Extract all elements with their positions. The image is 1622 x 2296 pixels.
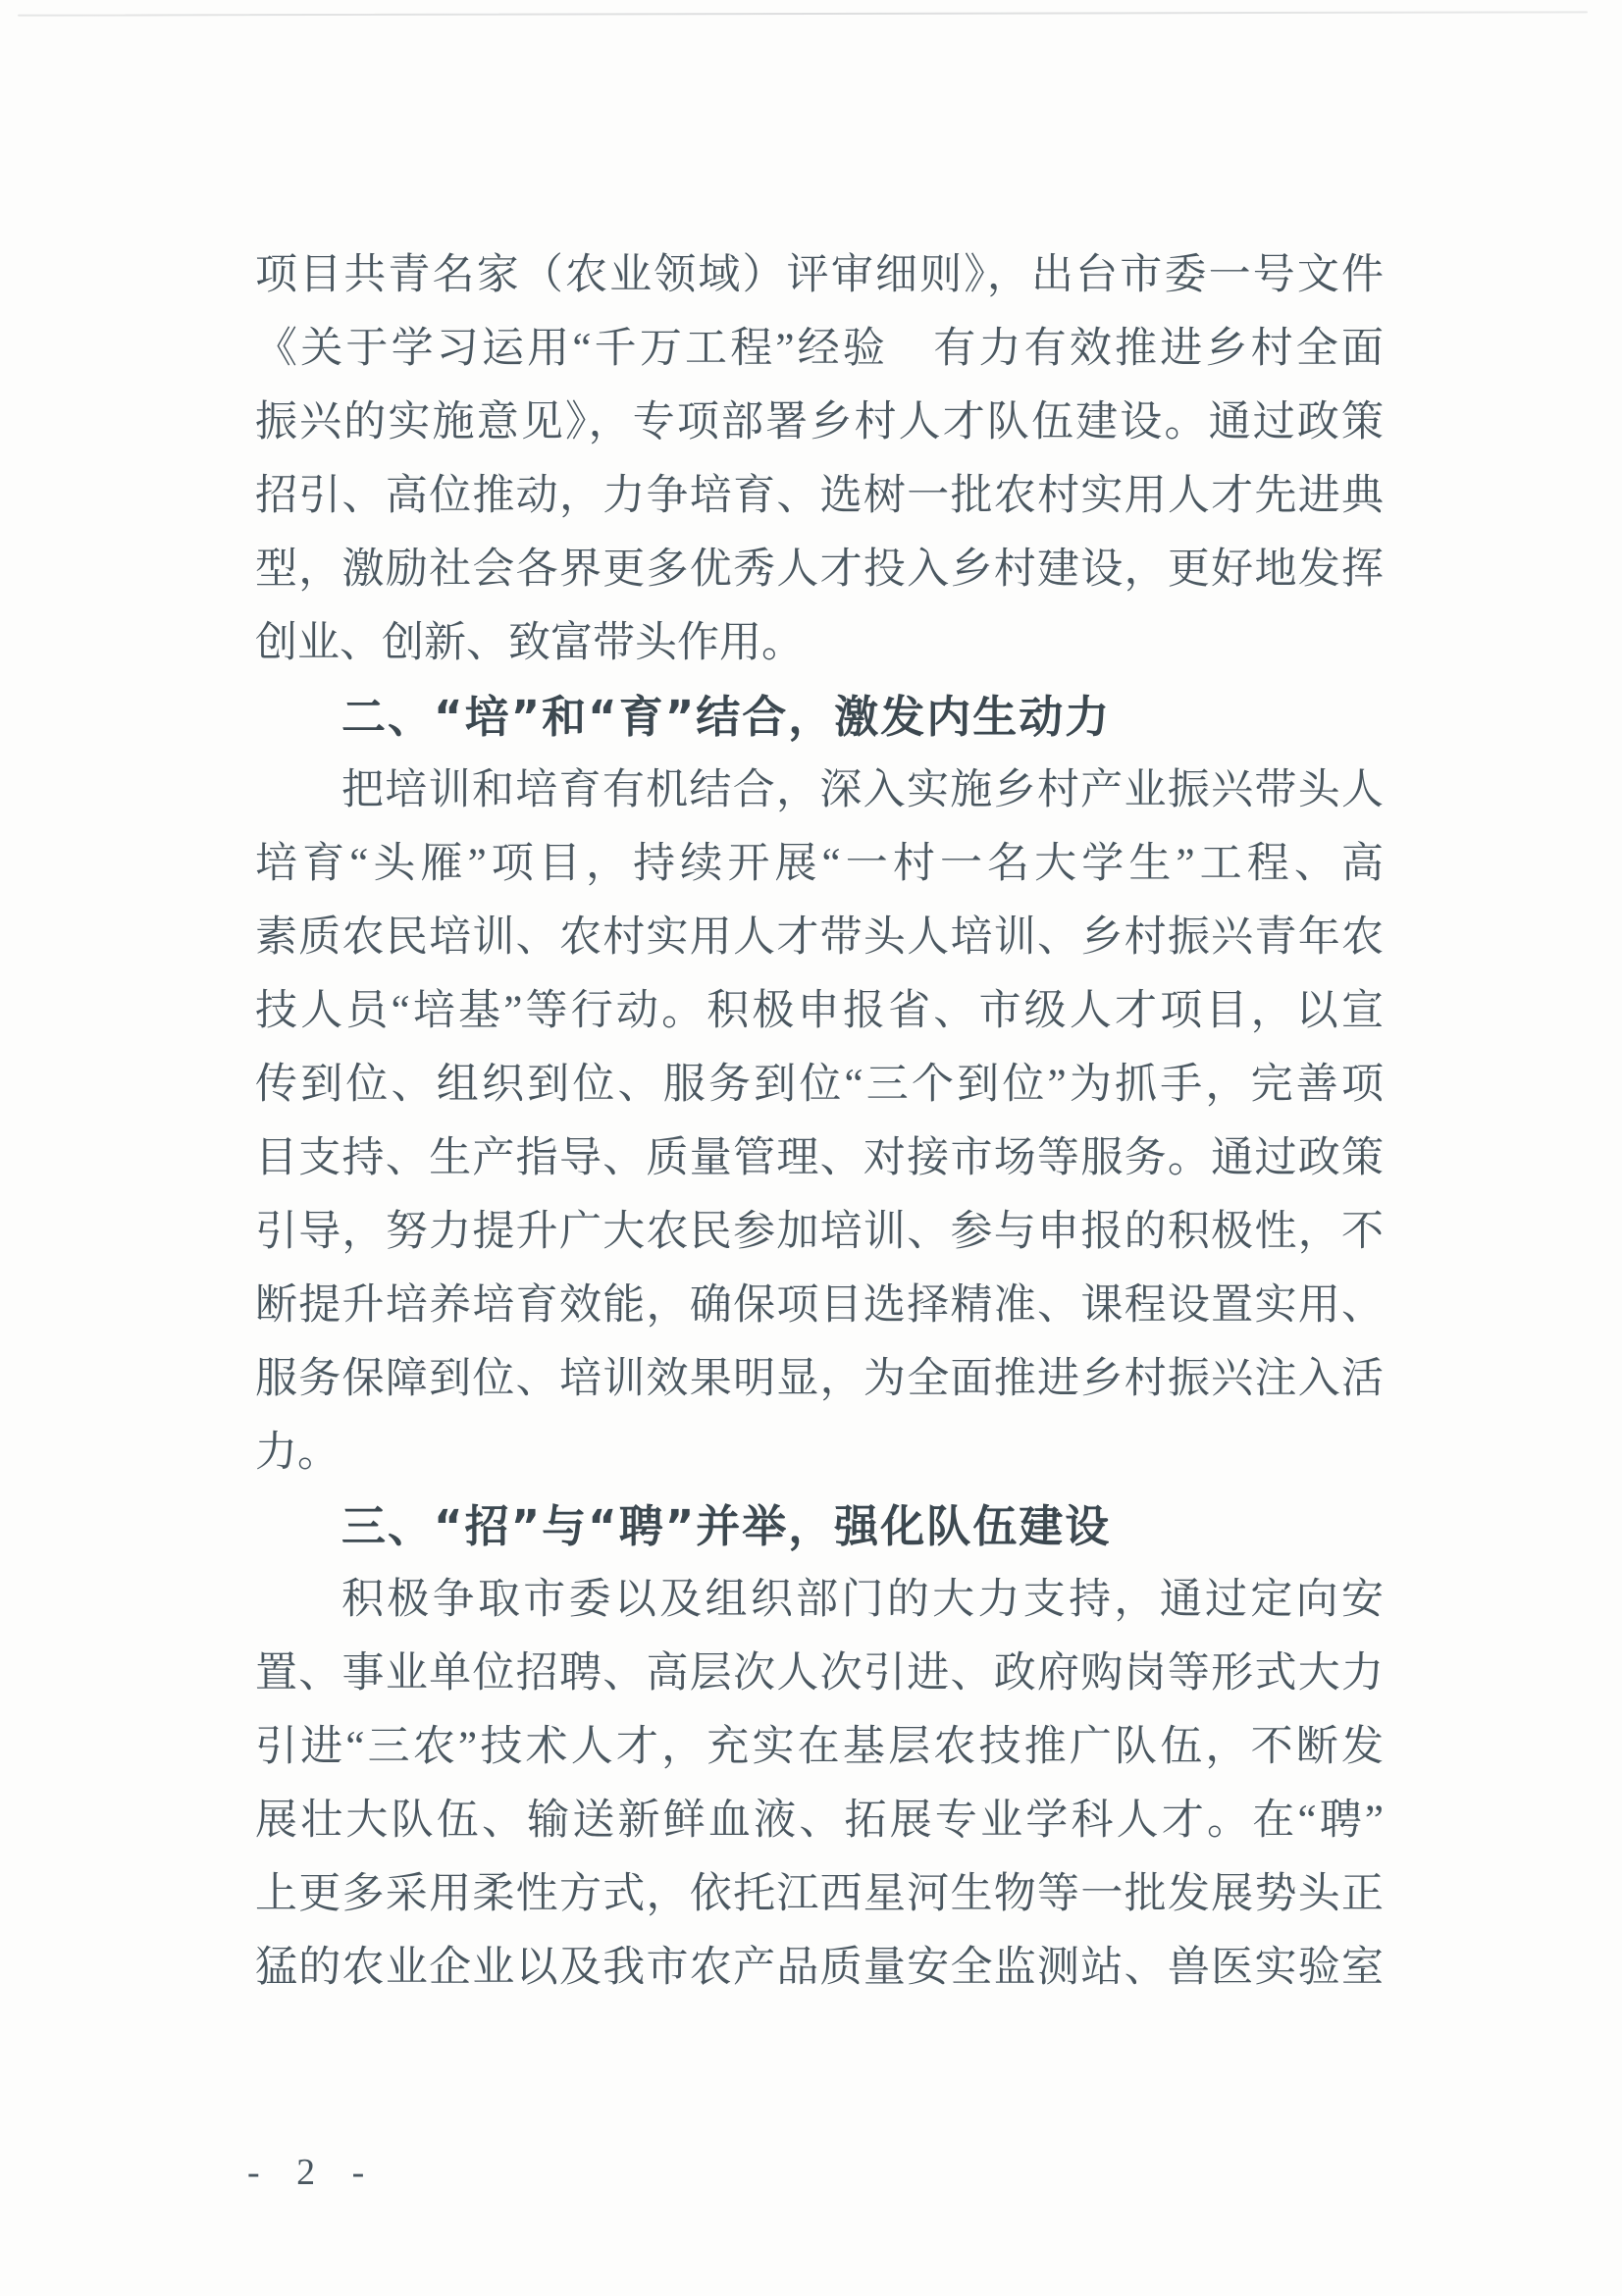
document-body: 项目共青名家（农业领域）评审细则》，出台市委一号文件《关于学习运用“千万工程”经… — [255, 238, 1384, 2005]
text-line: 服务保障到位、培训效果明显，为全面推进乡村振兴注入活 — [255, 1342, 1384, 1416]
text-line: 引导，努力提升广大农民参加培训、参与申报的积极性，不 — [255, 1195, 1384, 1269]
text-line: 《关于学习运用“千万工程”经验 有力有效推进乡村全面 — [255, 312, 1384, 386]
text-line: 振兴的实施意见》，专项部署乡村人才队伍建设。通过政策 — [255, 386, 1384, 459]
text-line: 把培训和培育有机结合，深入实施乡村产业振兴带头人 — [255, 754, 1384, 827]
text-line: 积极争取市委以及组织部门的大力支持，通过定向安 — [255, 1563, 1384, 1637]
text-line: 技人员“培基”等行动。积极申报省、市级人才项目，以宣 — [255, 974, 1384, 1048]
text-line: 上更多采用柔性方式，依托江西星河生物等一批发展势头正 — [255, 1857, 1384, 1931]
section-heading: 三、“招”与“聘”并举，强化队伍建设 — [255, 1489, 1384, 1563]
text-line: 型，激励社会各界更多优秀人才投入乡村建设，更好地发挥 — [255, 533, 1384, 606]
text-line: 引进“三农”技术人才，充实在基层农技推广队伍，不断发 — [255, 1710, 1384, 1784]
text-line: 项目共青名家（农业领域）评审细则》，出台市委一号文件 — [255, 238, 1384, 312]
text-line: 培育“头雁”项目，持续开展“一村一名大学生”工程、高 — [255, 827, 1384, 901]
scan-edge-artifact — [18, 11, 1588, 16]
text-line: 猛的农业企业以及我市农产品质量安全监测站、兽医实验室 — [255, 1931, 1384, 2005]
page-number: - 2 - — [247, 2151, 378, 2194]
text-line: 传到位、组织到位、服务到位“三个到位”为抓手，完善项 — [255, 1048, 1384, 1122]
text-line: 目支持、生产指导、质量管理、对接市场等服务。通过政策 — [255, 1122, 1384, 1195]
text-line: 展壮大队伍、输送新鲜血液、拓展专业学科人才。在“聘” — [255, 1784, 1384, 1857]
section-heading: 二、“培”和“育”结合，激发内生动力 — [255, 680, 1384, 754]
text-line: 断提升培养培育效能，确保项目选择精准、课程设置实用、 — [255, 1269, 1384, 1342]
text-line: 置、事业单位招聘、高层次人次引进、政府购岗等形式大力 — [255, 1637, 1384, 1710]
text-line: 力。 — [255, 1416, 1384, 1489]
text-line: 招引、高位推动，力争培育、选树一批农村实用人才先进典 — [255, 459, 1384, 533]
document-page: 项目共青名家（农业领域）评审细则》，出台市委一号文件《关于学习运用“千万工程”经… — [0, 0, 1622, 2296]
text-line: 素质农民培训、农村实用人才带头人培训、乡村振兴青年农 — [255, 901, 1384, 974]
text-line: 创业、创新、致富带头作用。 — [255, 606, 1384, 680]
